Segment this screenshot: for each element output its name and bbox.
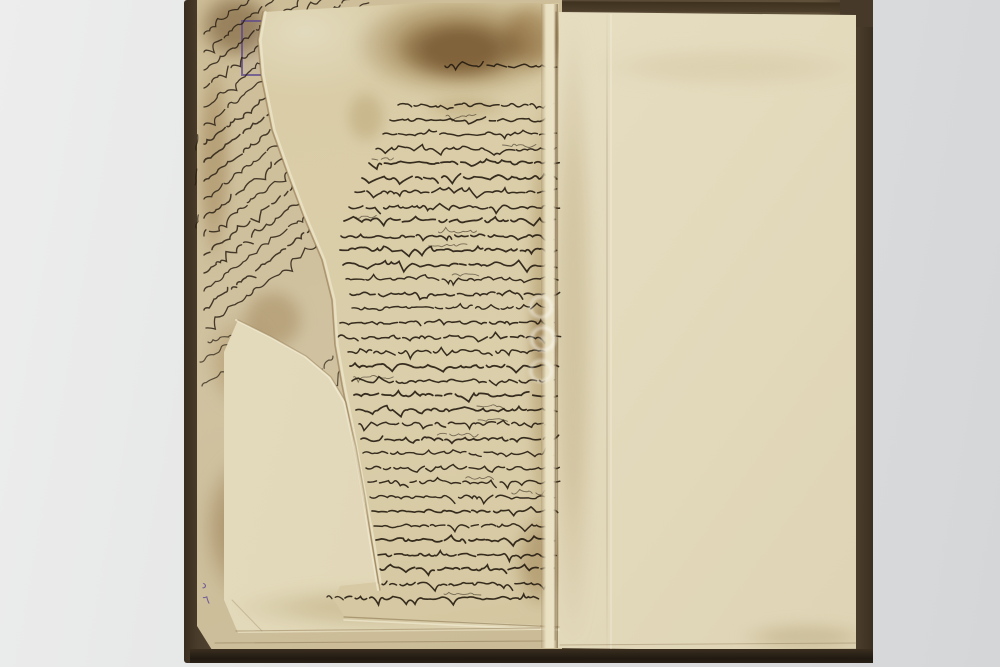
photo-vignette <box>0 0 1000 667</box>
manuscript-photo: د ٦ <box>0 0 1000 667</box>
